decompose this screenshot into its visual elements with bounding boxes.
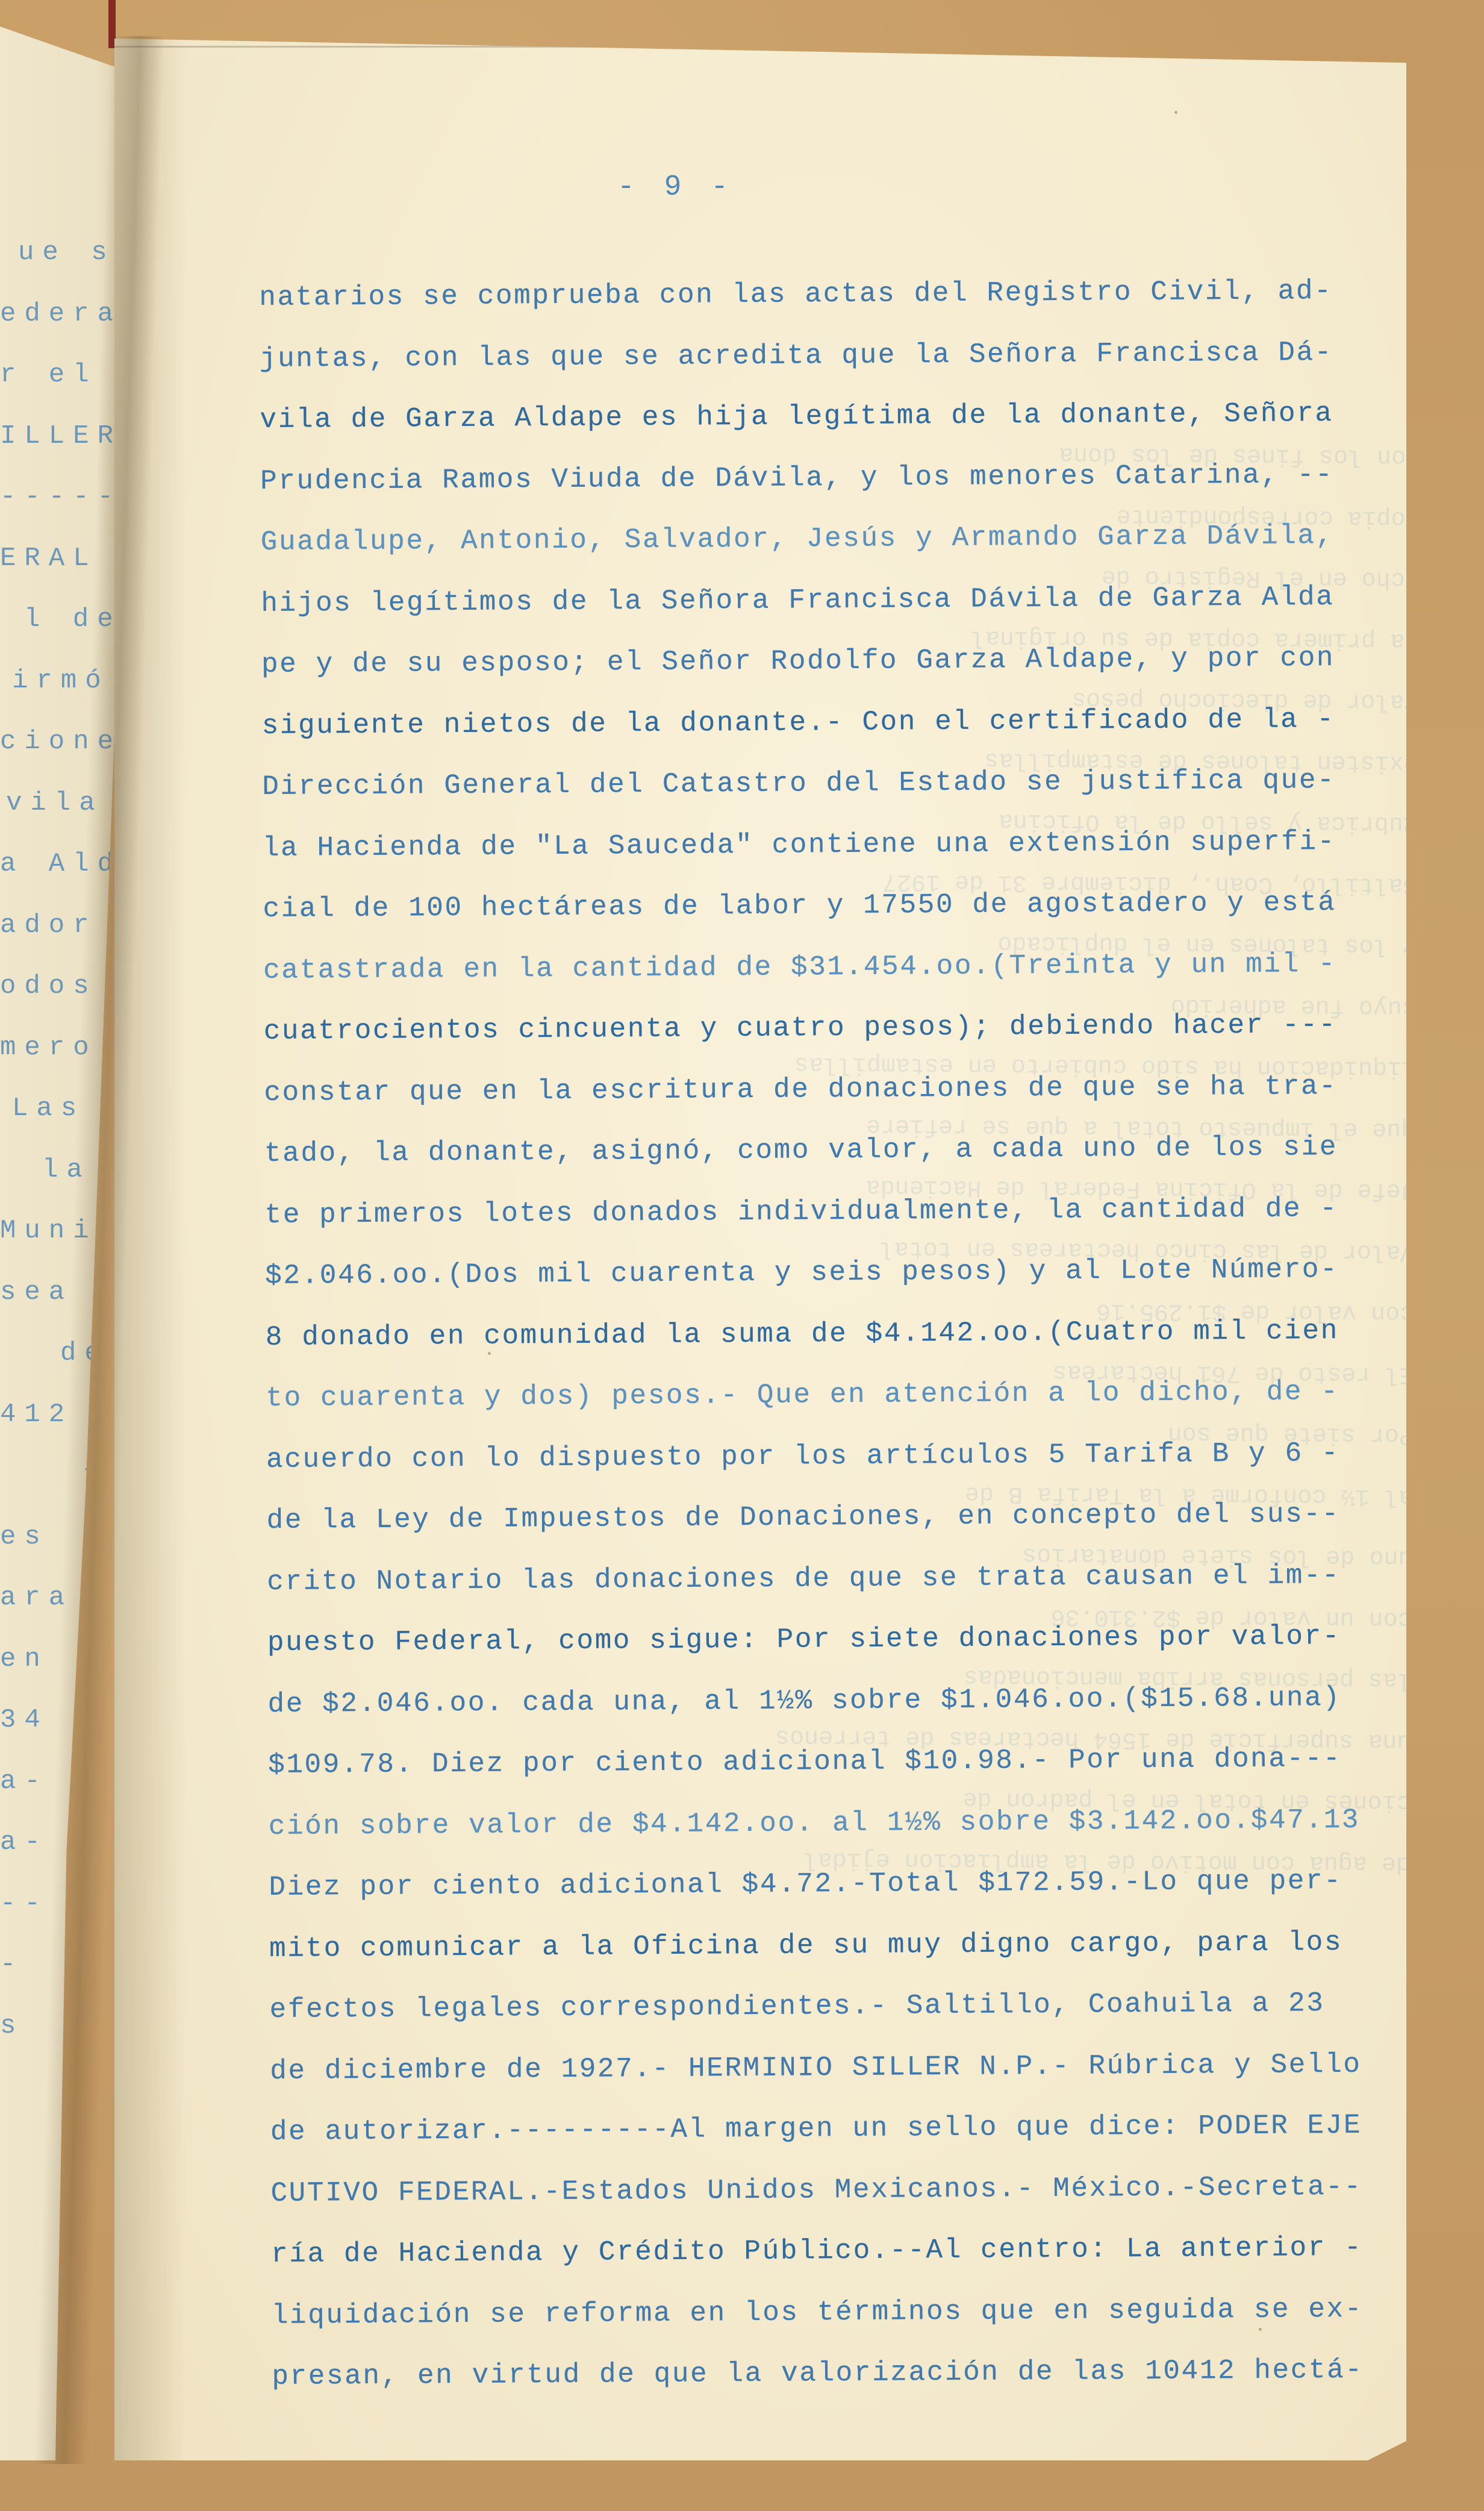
text-line: Guadalupe, Antonio, Salvador, Jesús y Ar… xyxy=(260,505,1405,573)
text-line: siguiente nietos de la donante.- Con el … xyxy=(261,689,1406,757)
previous-page-fragment: s xyxy=(0,2011,24,2041)
text-line: de autorizar.---------Al margen un sello… xyxy=(270,2095,1415,2163)
previous-page-fragment: - xyxy=(0,1950,24,1980)
text-line: 8 donado en comunidad la suma de $4.142.… xyxy=(266,1300,1411,1368)
previous-page-fragment: 412 xyxy=(0,1399,73,1430)
text-line: tado, la donante, asignó, como valor, a … xyxy=(264,1116,1409,1184)
text-line: $2.046.oo.(Dos mil cuarenta y seis pesos… xyxy=(265,1239,1410,1307)
text-line: crito Notario las donaciones de que se t… xyxy=(267,1545,1412,1613)
previous-page-fragment: ador xyxy=(0,910,98,940)
previous-page-fragment: la xyxy=(42,1155,91,1185)
previous-page-fragment: vila xyxy=(6,788,104,818)
previous-page-fragment: es xyxy=(0,1522,49,1552)
text-line: de diciembre de 1927.- HERMINIO SILLER N… xyxy=(270,2034,1415,2102)
text-line: la Hacienda de "La Sauceda" contiene una… xyxy=(263,811,1408,879)
text-line: catastrada en la cantidad de $31.454.oo.… xyxy=(263,933,1408,1001)
text-line: mito comunicar a la Oficina de su muy di… xyxy=(269,1912,1414,1980)
previous-page-fragment: a Ald xyxy=(0,849,122,879)
text-line: cuatrocientos cincuenta y cuatro pesos);… xyxy=(263,994,1408,1062)
text-line: natarios se comprueba con las actas del … xyxy=(259,260,1404,328)
previous-page-fragment: irmó xyxy=(12,666,110,696)
text-line: vila de Garza Aldape es hija legítima de… xyxy=(260,383,1404,451)
text-line: acuerdo con lo dispuesto por los artícul… xyxy=(266,1422,1411,1490)
text-line: CUTIVO FEDERAL.-Estados Unidos Mexicanos… xyxy=(270,2156,1415,2224)
previous-page-fragment: a- xyxy=(0,1766,49,1796)
previous-page-fragment: 34 xyxy=(0,1705,49,1735)
text-line: ción sobre valor de $4.142.oo. al 1½% so… xyxy=(269,1789,1414,1857)
gutter-shading xyxy=(114,39,187,2460)
previous-page-fragment: a- xyxy=(0,1827,49,1857)
paper-speck xyxy=(1259,2328,1262,2331)
text-line: presan, en virtud de que la valorización… xyxy=(272,2339,1417,2407)
text-line: cial de 100 hectáreas de labor y 17550 d… xyxy=(263,872,1408,940)
previous-page-fragment: odos xyxy=(0,971,98,1001)
previous-page-fragment: sea xyxy=(0,1277,73,1307)
typewritten-body: natarios se comprueba con las actas del … xyxy=(259,260,1417,2407)
text-line: juntas, con las que se acredita que la S… xyxy=(260,322,1404,390)
previous-page-fragment: -- xyxy=(0,1889,49,1919)
text-line: $109.78. Diez por ciento adicional $10.9… xyxy=(268,1728,1413,1796)
text-line: ría de Hacienda y Crédito Público.--Al c… xyxy=(271,2217,1416,2285)
paper-speck xyxy=(1174,111,1177,114)
page-number: - 9 - xyxy=(617,171,734,204)
text-line: efectos legales correspondientes.- Salti… xyxy=(269,1972,1414,2040)
text-line: de $2.046.oo. cada una, al 1½% sobre $1.… xyxy=(267,1667,1412,1735)
text-line: hijos legítimos de la Señora Francisca D… xyxy=(261,566,1406,634)
document-page: de agua con motivo de la ampliacion ejid… xyxy=(114,39,1406,2460)
previous-page-fragment: ara xyxy=(0,1583,73,1613)
previous-page-fragment: Muni xyxy=(0,1216,98,1246)
previous-page-fragment: Las xyxy=(12,1093,85,1124)
text-line: constar que en la escritura de donacione… xyxy=(264,1055,1409,1124)
text-line: Diez por ciento adicional $4.72.-Total $… xyxy=(269,1850,1414,1918)
paper-speck xyxy=(488,1352,491,1355)
text-line: de la Ley de Impuestos de Donaciones, en… xyxy=(266,1483,1411,1551)
text-line: pe y de su esposo; el Señor Rodolfo Garz… xyxy=(261,627,1406,695)
text-line: to cuarenta y dos) pesos.- Que en atenci… xyxy=(266,1361,1411,1429)
text-line: Prudencia Ramos Viuda de Dávila, y los m… xyxy=(260,444,1405,512)
text-line: te primeros lotes donados individualment… xyxy=(264,1178,1409,1246)
previous-page-fragment: mero xyxy=(0,1033,98,1063)
text-line: liquidación se reforma en los términos q… xyxy=(271,2278,1416,2347)
text-line: puesto Federal, como sigue: Por siete do… xyxy=(267,1606,1412,1674)
previous-page-fragment: en xyxy=(0,1644,49,1674)
text-line: Dirección General del Catastro del Estad… xyxy=(262,749,1407,818)
